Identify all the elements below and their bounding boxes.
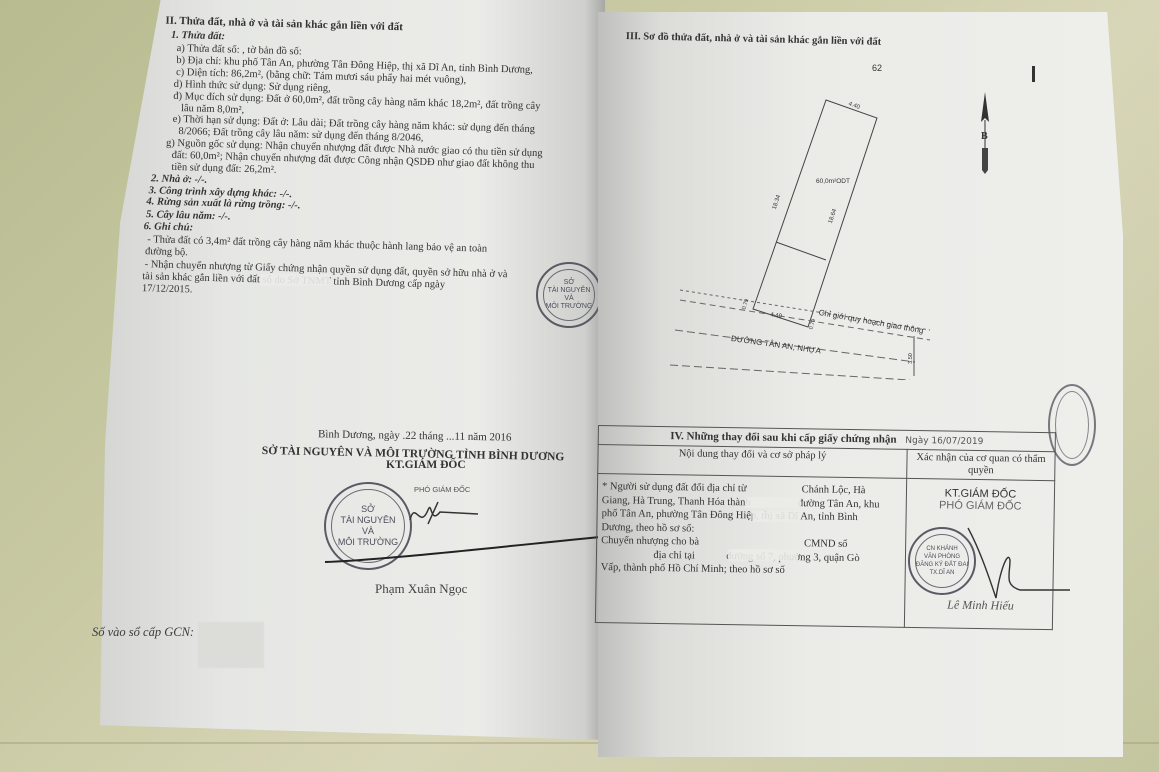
plot-bottom-width: 4.40 — [769, 309, 783, 324]
signature-pham-xuan-ngoc — [320, 490, 620, 580]
changes-title: IV. Những thay đổi sau khi cấp giấy chứn… — [670, 430, 897, 446]
stamp-text: VÀ — [564, 295, 573, 303]
north-label: B — [981, 130, 988, 143]
handwritten-date: Ngày 16/07/2019 — [905, 436, 983, 447]
director-title: KT.GIÁM ĐỐC — [386, 459, 466, 472]
redacted-old-address — [745, 497, 801, 508]
signature-le-minh-hieu — [960, 520, 1080, 600]
margin-mark — [1032, 66, 1035, 82]
road-width: 3.50 — [905, 353, 918, 364]
note-line: đường bộ. — [145, 245, 188, 259]
stamp-text: TÀI NGUYÊN — [548, 287, 591, 295]
stamp-text: VĂN PHÒNG — [924, 553, 960, 561]
signer-name: Phạm Xuân Ngọc — [375, 582, 467, 595]
registry-label: Số vào sổ cấp GCN: — [92, 626, 194, 639]
redacted-new-address — [752, 511, 800, 522]
plot-area-label: 60,0m²ODT — [816, 175, 850, 188]
plot-diagram — [660, 90, 960, 380]
stamp-text: MÔI TRƯỜNG — [546, 303, 593, 311]
col-confirm-header: Xác nhận của cơ quan có thẩm quyền — [907, 449, 1055, 480]
note-line: 17/12/2015. — [142, 282, 193, 296]
redacted-registry-number — [198, 622, 264, 668]
ministry-stamp-edge: SỞ TÀI NGUYÊN VÀ MÔI TRƯỜNG — [536, 262, 602, 328]
stamp-text: SỞ — [564, 279, 575, 287]
stamp-text: CN KHÁNH — [926, 545, 957, 553]
redacted-buyer-name — [728, 549, 798, 561]
stamp-text: TX.DĨ AN — [929, 569, 954, 577]
map-sheet-number: 62 — [872, 62, 882, 75]
redacted-certificate-number — [260, 274, 330, 286]
confirm-subtitle: PHÓ GIÁM ĐỐC — [911, 499, 1050, 513]
